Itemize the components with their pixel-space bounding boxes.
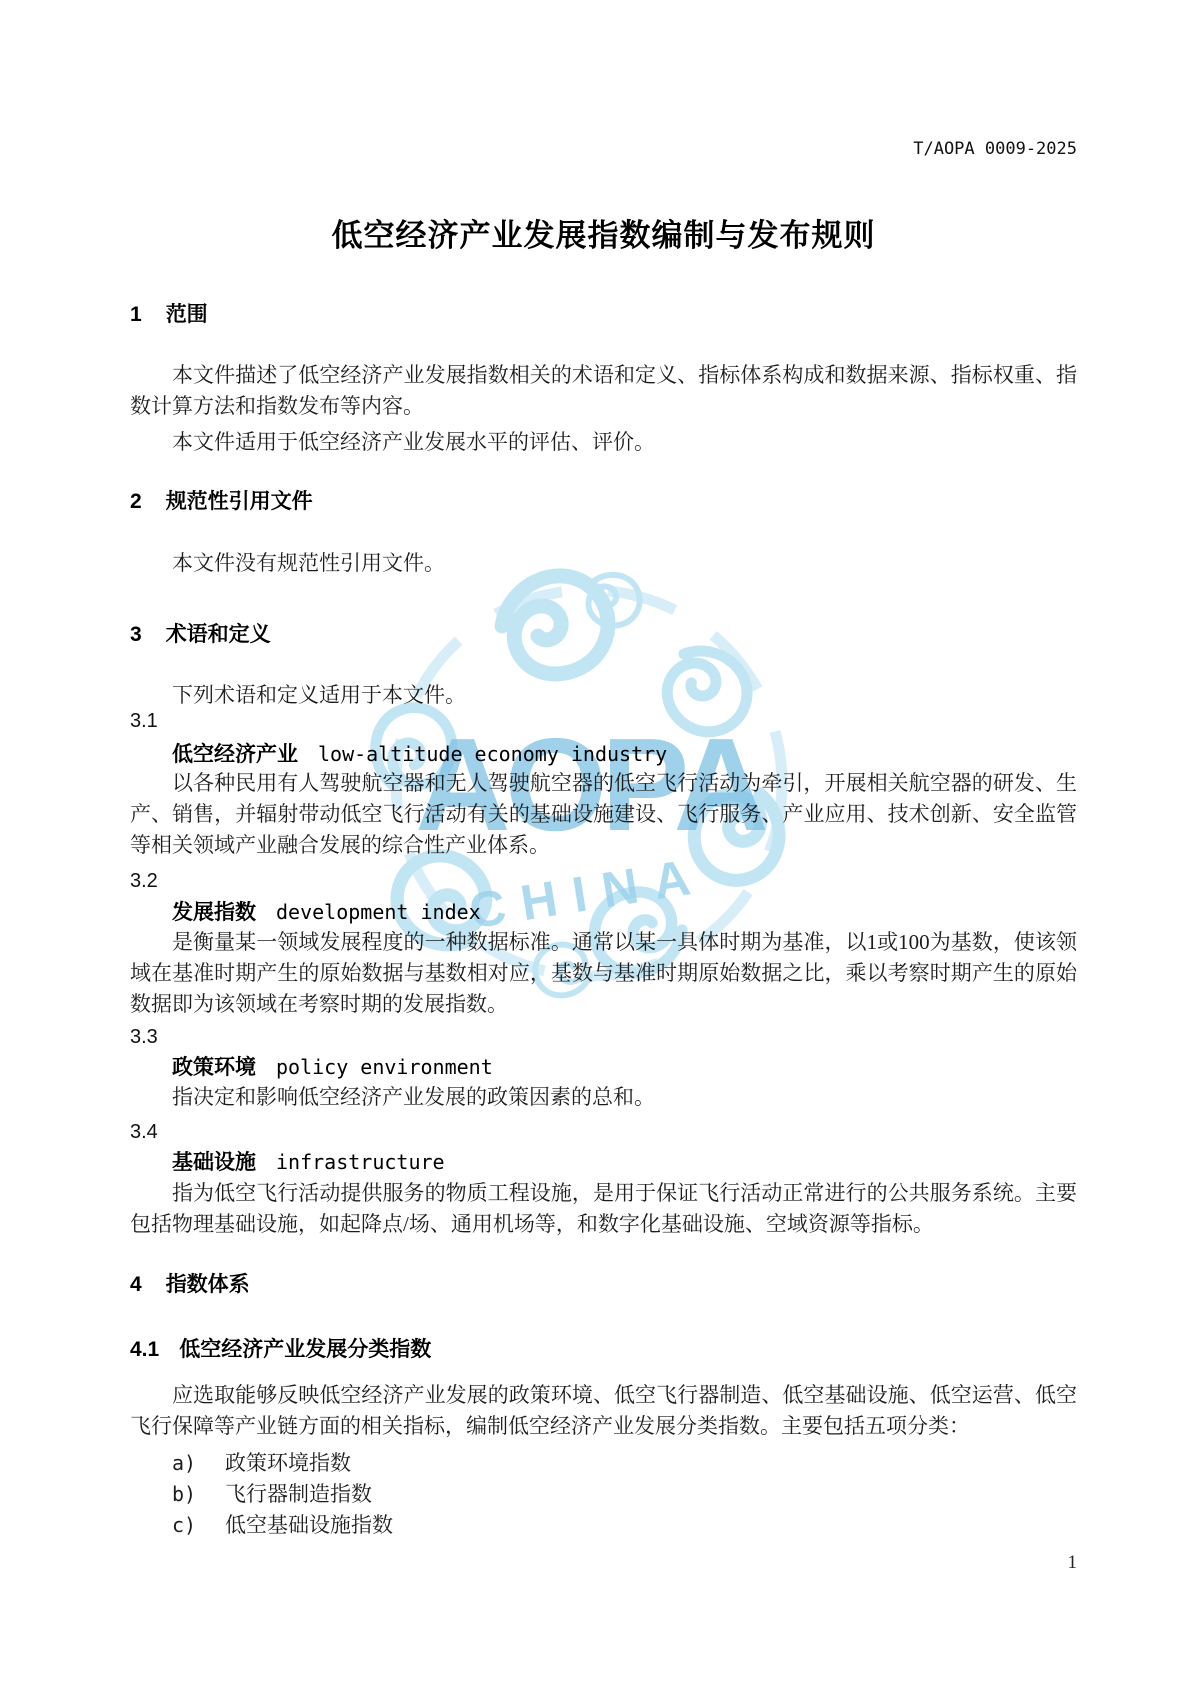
term-3-1-definition: 以各种民用有人驾驶航空器和无人驾驶航空器的低空飞行活动为牵引，开展相关航空器的研… (130, 768, 1077, 861)
term-3-1-en: low-altitude economy industry (318, 742, 667, 766)
list-item-a-label: 政策环境指数 (225, 1451, 351, 1475)
section-1-paragraph-1: 本文件描述了低空经济产业发展指数相关的术语和定义、指标体系构成和数据来源、指标权… (130, 360, 1077, 422)
clause-3-4-number: 3.4 (130, 1119, 158, 1146)
term-3-1: 低空经济产业low-altitude economy industry (172, 740, 1077, 769)
section-1-title: 范围 (166, 303, 208, 326)
term-3-4: 基础设施infrastructure (172, 1148, 1077, 1177)
term-3-3-en: policy environment (276, 1055, 493, 1079)
section-4-title: 指数体系 (166, 1273, 250, 1296)
section-1-paragraph-2: 本文件适用于低空经济产业发展水平的评估、评价。 (130, 427, 1077, 458)
list-item-c-marker: c) (172, 1510, 225, 1541)
list-item-b-label: 飞行器制造指数 (225, 1482, 372, 1506)
page-number: 1 (130, 1551, 1077, 1575)
clause-3-3-number: 3.3 (130, 1024, 158, 1051)
section-2-heading: 2规范性引用文件 (130, 488, 1077, 516)
section-1-number: 1 (130, 301, 142, 329)
term-3-3: 政策环境policy environment (172, 1053, 1077, 1082)
document-title: 低空经济产业发展指数编制与发布规则 (130, 215, 1077, 257)
list-item-a: a)政策环境指数 (172, 1448, 1072, 1479)
section-4-1-number: 4.1 (130, 1336, 159, 1364)
clause-3-2-number: 3.2 (130, 868, 158, 895)
term-3-4-definition: 指为低空飞行活动提供服务的物质工程设施，是用于保证飞行活动正常进行的公共服务系统… (130, 1178, 1077, 1240)
section-4-1-heading: 4.1低空经济产业发展分类指数 (130, 1336, 1077, 1364)
list-item-c-label: 低空基础设施指数 (225, 1513, 393, 1537)
term-3-2: 发展指数development index (172, 898, 1077, 927)
term-3-3-definition: 指决定和影响低空经济产业发展的政策因素的总和。 (130, 1082, 1077, 1113)
section-4-1-paragraph-1: 应选取能够反映低空经济产业发展的政策环境、低空飞行器制造、低空基础设施、低空运营… (130, 1380, 1077, 1442)
section-3-intro: 下列术语和定义适用于本文件。 (130, 680, 1077, 711)
section-1-heading: 1范围 (130, 301, 1077, 329)
term-3-2-zh: 发展指数 (172, 901, 256, 924)
section-3-number: 3 (130, 621, 142, 649)
term-3-4-zh: 基础设施 (172, 1151, 256, 1174)
section-4-heading: 4指数体系 (130, 1271, 1077, 1299)
section-4-number: 4 (130, 1271, 142, 1299)
section-2-title: 规范性引用文件 (166, 490, 313, 513)
section-2-paragraph-1: 本文件没有规范性引用文件。 (130, 548, 1077, 579)
list-item-c: c)低空基础设施指数 (172, 1510, 1072, 1541)
clause-3-1-number: 3.1 (130, 708, 158, 735)
section-3-heading: 3术语和定义 (130, 621, 1077, 649)
section-2-number: 2 (130, 488, 142, 516)
section-4-1-title: 低空经济产业发展分类指数 (179, 1338, 431, 1361)
document-code: T/AOPA 0009-2025 (130, 138, 1077, 160)
document-page: AOPA CHINA T/AOPA 0009-2025 低空经济产业发展指数编制… (0, 0, 1190, 1683)
term-3-4-en: infrastructure (276, 1150, 445, 1174)
term-3-2-definition: 是衡量某一领域发展程度的一种数据标准。通常以某一具体时期为基准，以1或100为基… (130, 927, 1077, 1020)
list-item-a-marker: a) (172, 1448, 225, 1479)
term-3-1-zh: 低空经济产业 (172, 743, 298, 766)
term-3-3-zh: 政策环境 (172, 1056, 256, 1079)
term-3-2-en: development index (276, 900, 481, 924)
section-3-title: 术语和定义 (166, 623, 271, 646)
list-item-b-marker: b) (172, 1479, 225, 1510)
list-item-b: b)飞行器制造指数 (172, 1479, 1072, 1510)
